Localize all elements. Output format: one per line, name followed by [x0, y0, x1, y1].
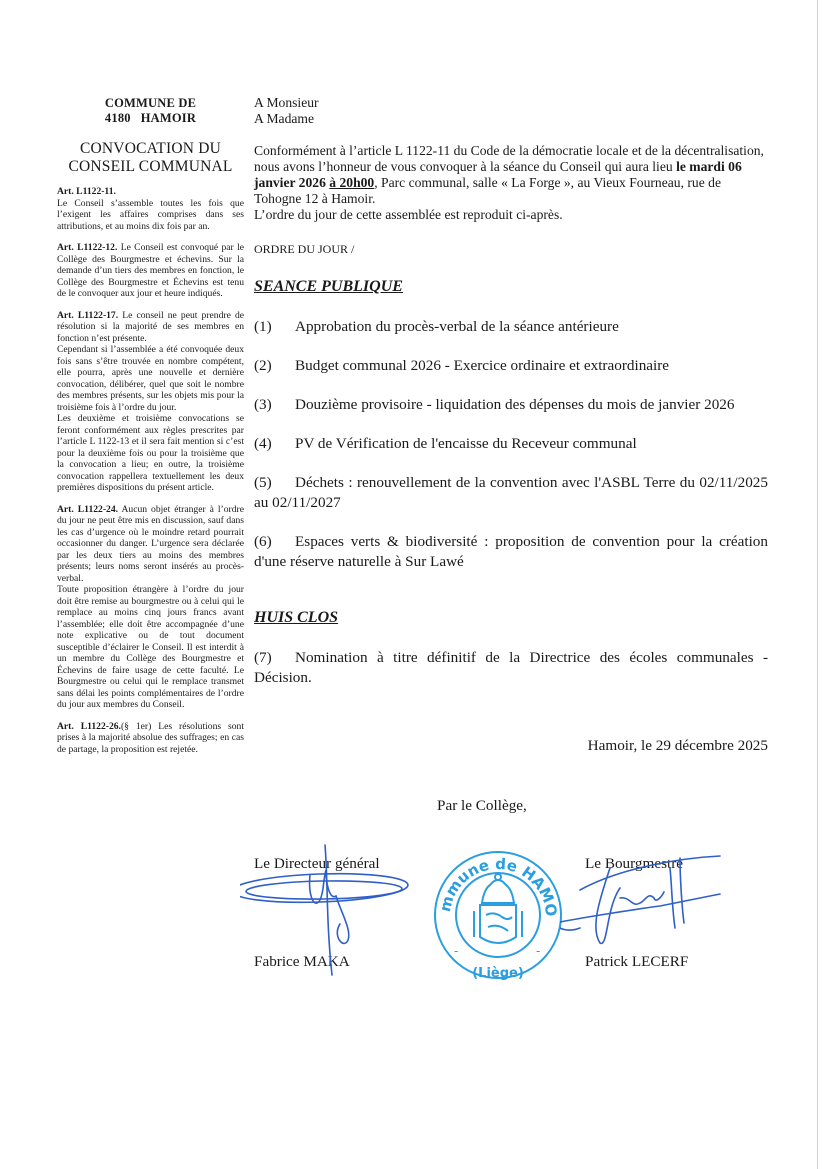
agenda-item: (3)Douzième provisoire - liquidation des… [254, 395, 768, 415]
commune-header: COMMUNE DE 4180 HAMOIR [57, 96, 244, 126]
agenda-item: (6)Espaces verts & biodiversité : propos… [254, 532, 768, 572]
commune-line-1: COMMUNE DE [57, 96, 244, 111]
article-ref: Art. L1122-12. [57, 242, 117, 253]
agenda-item-text: Espaces verts & biodiversité : propositi… [254, 533, 768, 570]
meeting-time: à 20h00 [329, 175, 374, 190]
bourgmestre-signature-icon [560, 848, 730, 958]
article-paragraph: Toute proposition étrangère à l’ordre du… [57, 584, 244, 711]
title-line-1: CONVOCATION DU [57, 140, 244, 158]
salutation-madame: A Madame [254, 111, 768, 127]
agenda-item-number: (3) [254, 395, 295, 415]
article-2: Art. L1122-12. Le Conseil est convoqué p… [57, 242, 244, 300]
public-session-items: (1)Approbation du procès-verbal de la sé… [254, 317, 768, 572]
closed-session-title: HUIS CLOS [254, 610, 768, 626]
agenda-item-number: (5) [254, 473, 295, 493]
article-5: Art. L1122-26.(§ 1er) Les résolutions so… [57, 721, 244, 756]
svg-text:-: - [536, 944, 540, 958]
article-ref: Art. L1122-17. [57, 310, 118, 321]
agenda-item: (4)PV de Vérification de l'encaisse du R… [254, 434, 768, 454]
article-ref: Art. L1122-26. [57, 721, 121, 732]
stamp-bottom-text: (Liège) [472, 966, 524, 981]
agenda-item-text: PV de Vérification de l'encaisse du Rece… [295, 435, 637, 452]
agenda-item-text: Déchets : renouvellement de la conventio… [254, 474, 768, 511]
svg-text:-: - [454, 944, 458, 958]
agenda-item-text: Nomination à titre définitif de la Direc… [254, 649, 768, 686]
commune-line-2: 4180 HAMOIR [57, 111, 244, 126]
article-paragraph: Cependant si l’assemblée a été convoquée… [57, 344, 244, 413]
agenda-item-text: Budget communal 2026 - Exercice ordinair… [295, 357, 669, 374]
agenda-item-number: (4) [254, 434, 295, 454]
public-session-title: SEANCE PUBLIQUE [254, 279, 768, 295]
agenda-item-text: Douzième provisoire - liquidation des dé… [295, 396, 735, 413]
agenda-item-number: (1) [254, 317, 295, 337]
scan-edge-line [817, 0, 818, 1169]
director-signature-icon [240, 840, 420, 980]
salutation-monsieur: A Monsieur [254, 95, 768, 111]
article-3: Art. L1122-17. Le conseil ne peut prendr… [57, 310, 244, 494]
agenda-item: (5)Déchets : renouvellement de la conven… [254, 473, 768, 513]
article-paragraph: Le Conseil s’assemble toutes les fois qu… [57, 198, 244, 233]
left-column: COMMUNE DE 4180 HAMOIR CONVOCATION DU CO… [57, 96, 244, 765]
article-paragraph: Les deuxième et troisième convocations s… [57, 413, 244, 494]
agenda-item-number: (7) [254, 648, 295, 668]
agenda-item: (1)Approbation du procès-verbal de la sé… [254, 317, 768, 337]
agenda-item-text: Approbation du procès-verbal de la séanc… [295, 318, 619, 335]
commune-stamp-icon: Commune de HAMOIR (Liège) - - [432, 845, 564, 983]
closed-session-items: (7)Nomination à titre définitif de la Di… [254, 648, 768, 688]
agenda-item: (7)Nomination à titre définitif de la Di… [254, 648, 768, 688]
legal-articles: Art. L1122-11.Le Conseil s’assemble tout… [57, 186, 244, 755]
agenda-item: (2)Budget communal 2026 - Exercice ordin… [254, 356, 768, 376]
letter-body: A Monsieur A Madame Conformément à l’art… [254, 95, 768, 707]
agenda-item-number: (2) [254, 356, 295, 376]
salutation: A Monsieur A Madame [254, 95, 768, 127]
article-1: Art. L1122-11.Le Conseil s’assemble tout… [57, 186, 244, 232]
title-line-2: CONSEIL COMMUNAL [57, 158, 244, 176]
article-text: Aucun objet étranger à l’ordre du jour n… [57, 504, 244, 584]
par-le-college: Par le Collège, [437, 797, 527, 815]
place-and-date: Hamoir, le 29 décembre 2025 [254, 737, 768, 755]
ordre-du-jour-label: ORDRE DU JOUR / [254, 241, 768, 257]
agenda-item-number: (6) [254, 532, 295, 552]
convocation-title: CONVOCATION DU CONSEIL COMMUNAL [57, 140, 244, 176]
article-ref: Art. L1122-24. [57, 504, 118, 515]
article-ref: Art. L1122-11. [57, 186, 116, 197]
intro-paragraph: Conformément à l’article L 1122-11 du Co… [254, 143, 768, 223]
article-4: Art. L1122-24. Aucun objet étranger à l’… [57, 504, 244, 711]
intro-line-2: L’ordre du jour de cette assemblée est r… [254, 207, 768, 223]
